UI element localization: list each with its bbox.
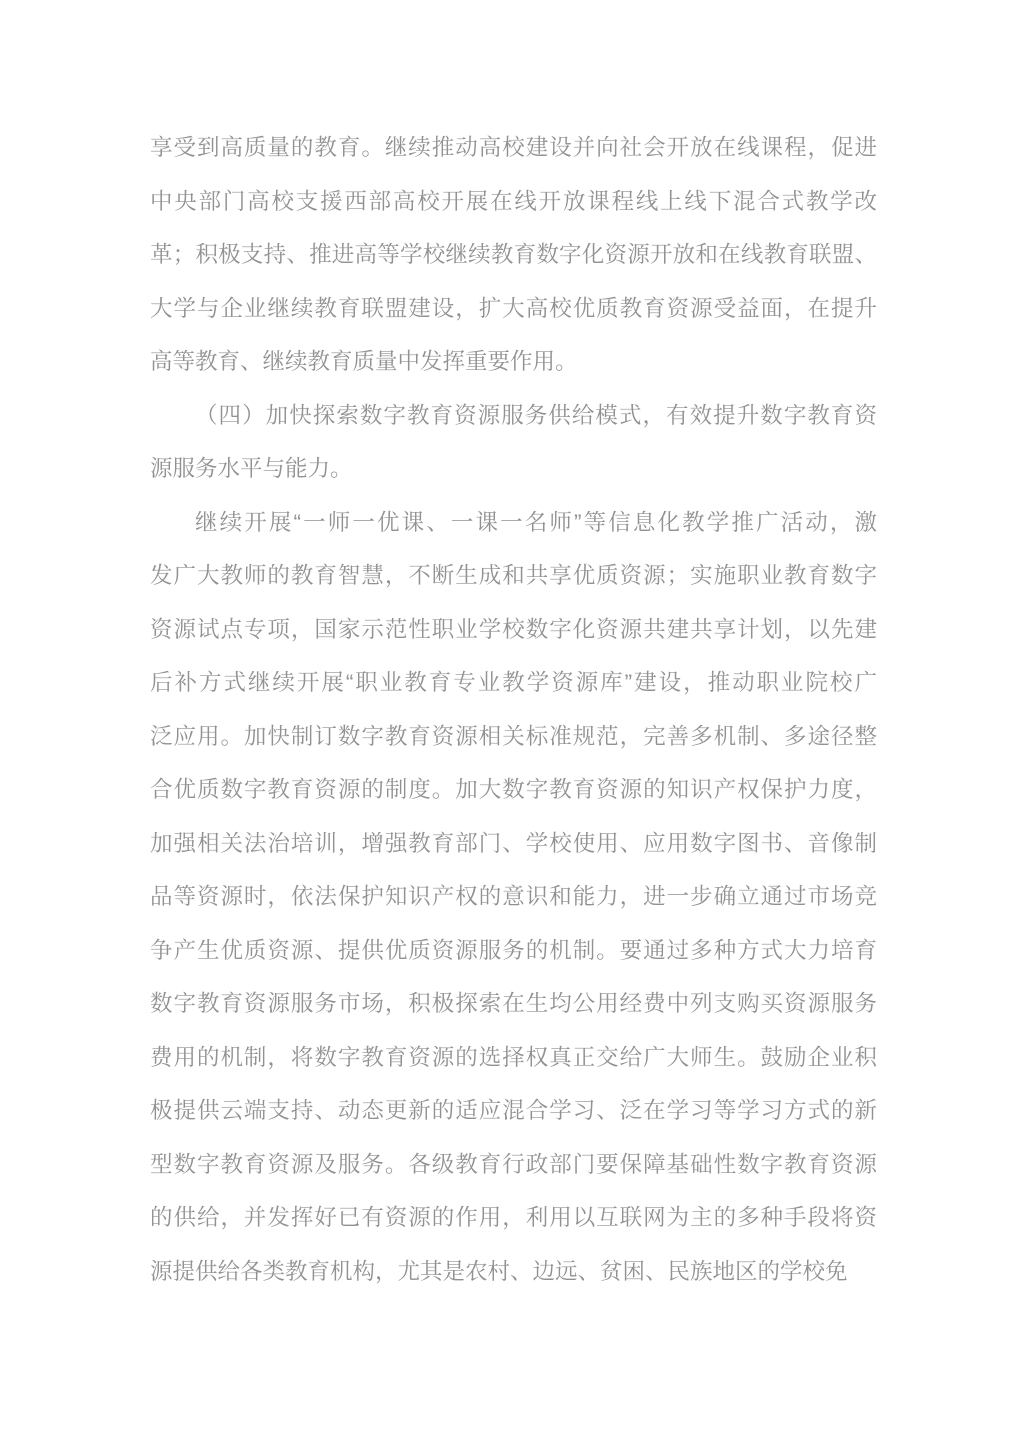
text-line: 大学与企业继续教育联盟建设，扩大高校优质教育资源受益面，在提升 bbox=[150, 282, 877, 336]
text-line: 高等教育、继续教育质量中发挥重要作用。 bbox=[150, 335, 877, 389]
text-line: 享受到高质量的教育。继续推动高校建设并向社会开放在线课程，促进 bbox=[150, 121, 877, 175]
text-line: 加强相关法治培训，增强教育部门、学校使用、应用数字图书、音像制 bbox=[150, 817, 877, 871]
text-line: 费用的机制，将数字教育资源的选择权真正交给广大师生。鼓励企业积 bbox=[150, 1031, 877, 1085]
text-line: 继续开展“一师一优课、一课一名师”等信息化教学推广活动，激 bbox=[150, 496, 877, 550]
text-line: 合优质数字教育资源的制度。加大数字教育资源的知识产权保护力度， bbox=[150, 763, 877, 817]
text-line-section-heading: （四）加快探索数字教育资源服务供给模式，有效提升数字教育资 bbox=[150, 389, 877, 443]
text-line: 源提供给各类教育机构，尤其是农村、边远、贫困、民族地区的学校免 bbox=[150, 1245, 877, 1299]
text-line: 数字教育资源服务市场，积极探索在生均公用经费中列支购买资源服务 bbox=[150, 977, 877, 1031]
document-page: 享受到高质量的教育。继续推动高校建设并向社会开放在线课程，促进 中央部门高校支援… bbox=[0, 0, 1024, 1448]
document-text-block: 享受到高质量的教育。继续推动高校建设并向社会开放在线课程，促进 中央部门高校支援… bbox=[150, 121, 877, 1298]
text-line: 的供给，并发挥好已有资源的作用，利用以互联网为主的多种手段将资 bbox=[150, 1191, 877, 1245]
text-line: 争产生优质资源、提供优质资源服务的机制。要通过多种方式大力培育 bbox=[150, 924, 877, 978]
text-line: 后补方式继续开展“职业教育专业教学资源库”建设，推动职业院校广 bbox=[150, 656, 877, 710]
text-line: 品等资源时，依法保护知识产权的意识和能力，进一步确立通过市场竞 bbox=[150, 870, 877, 924]
text-line: 泛应用。加快制订数字教育资源相关标准规范，完善多机制、多途径整 bbox=[150, 710, 877, 764]
text-line-section-heading: 源服务水平与能力。 bbox=[150, 442, 877, 496]
text-line: 资源试点专项，国家示范性职业学校数字化资源共建共享计划，以先建 bbox=[150, 603, 877, 657]
text-line: 中央部门高校支援西部高校开展在线开放课程线上线下混合式教学改 bbox=[150, 175, 877, 229]
text-line: 发广大教师的教育智慧，不断生成和共享优质资源；实施职业教育数字 bbox=[150, 549, 877, 603]
text-line: 极提供云端支持、动态更新的适应混合学习、泛在学习等学习方式的新 bbox=[150, 1084, 877, 1138]
text-line: 型数字教育资源及服务。各级教育行政部门要保障基础性数字教育资源 bbox=[150, 1138, 877, 1192]
text-line: 革；积极支持、推进高等学校继续教育数字化资源开放和在线教育联盟、 bbox=[150, 228, 877, 282]
